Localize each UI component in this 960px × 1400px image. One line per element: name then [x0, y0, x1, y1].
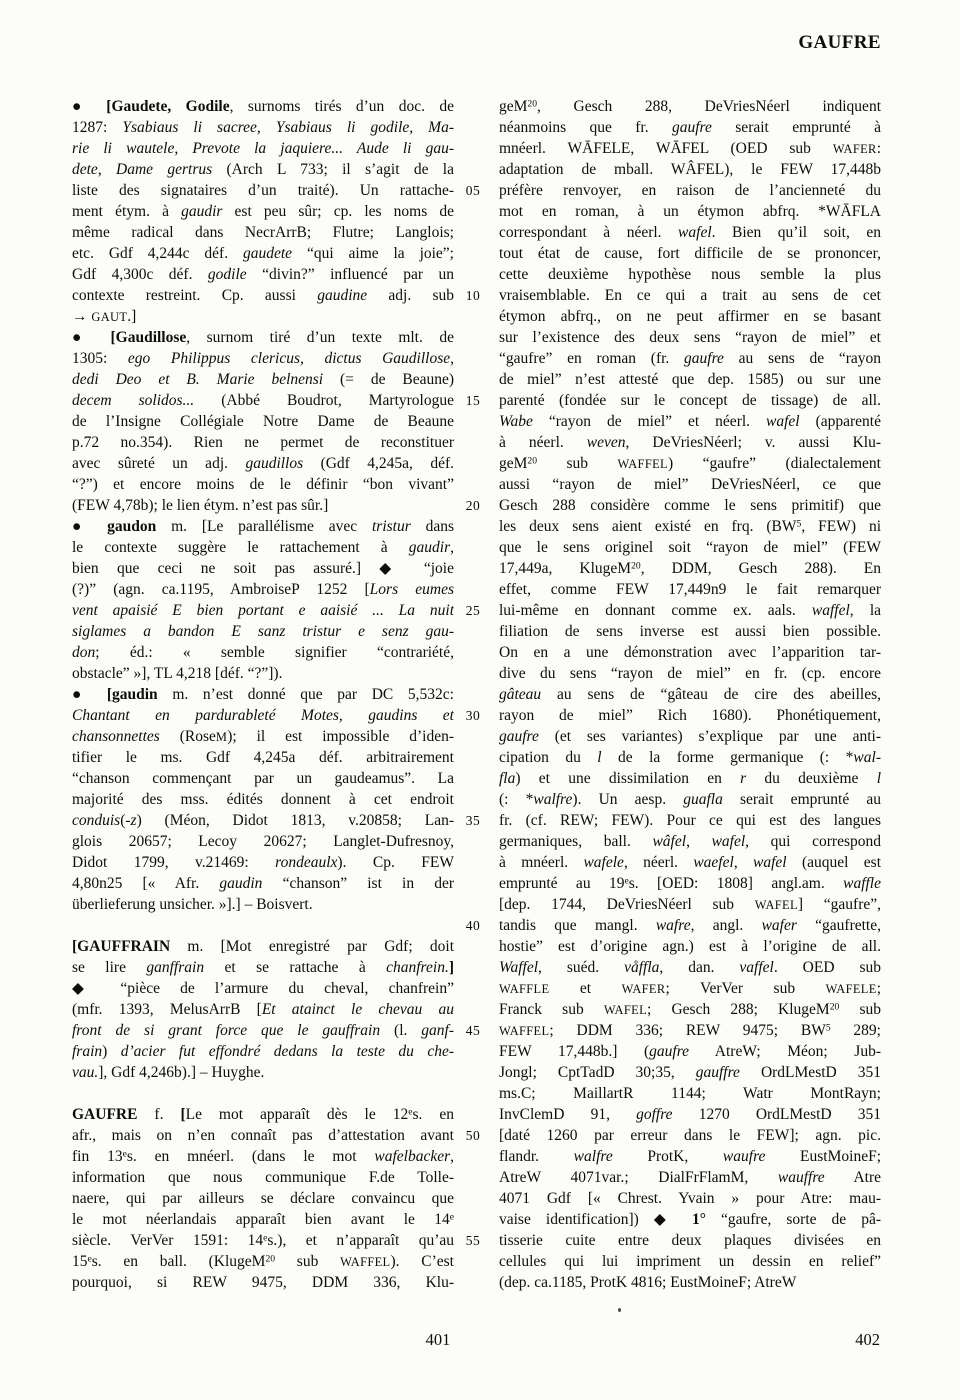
text-line: vaise identification]) ◆ 1° “gaufre, sor… — [499, 1209, 881, 1230]
text-segment: “gaufre” en roman (fr. — [499, 350, 684, 367]
text-segment: [daté 1260 par erreur dans le FEW]; agn.… — [499, 1127, 881, 1144]
text-segment: filiation de sens inverse est aussi bien… — [499, 623, 881, 640]
text-line: 1305: ego Philippus clericus, dictus Gau… — [72, 348, 454, 369]
text-segment: (Arch L 733; il s’agit de la — [212, 161, 454, 178]
text-segment: vraisemblable. En ce qui a trait au sens… — [499, 287, 881, 304]
text-line: tout état de cause, fort difficile de se… — [499, 243, 881, 264]
ink-speck — [618, 1308, 621, 1312]
text-segment: aussi “rayon de miel” DeVriesNéerl, ce q… — [499, 476, 881, 493]
text-line: se lire ganffrain et se rattache à chanf… — [72, 957, 454, 978]
text-line: GAUFRE f. [Le mot apparaît dès le 12es. … — [72, 1104, 454, 1125]
text-segment: goffre — [636, 1106, 672, 1123]
text-line: fla) et une dissimilation en r du deuxiè… — [499, 768, 881, 789]
text-segment: 20 — [527, 99, 537, 110]
text-segment: don — [72, 644, 95, 661]
text-segment: au sens de “gâteau de cire des abeilles, — [541, 686, 881, 703]
text-segment: Le mot apparaît dès le 12 — [186, 1106, 409, 1123]
text-segment: 4071 Gdf [« Chrest. Yvain » pour Atre: m… — [499, 1190, 881, 1207]
text-segment: ● — [72, 518, 107, 535]
text-line: hostie” est d’origine agn.) est à l’orig… — [499, 936, 881, 957]
text-segment: : — [877, 140, 881, 157]
text-segment: du deuxième — [746, 770, 877, 787]
text-segment: l — [877, 770, 881, 787]
text-line: liste des signataires d’un traité). Un r… — [72, 180, 454, 201]
text-segment: wafer — [762, 917, 797, 934]
text-segment: et — [549, 980, 621, 997]
text-segment: serait emprunté au — [723, 791, 881, 808]
text-segment: gaufre — [649, 1043, 689, 1060]
dictionary-page: GAUFRE ● [Gaudete, Godile, surnoms tirés… — [0, 0, 960, 1400]
text-segment: Waffel — [499, 959, 538, 976]
text-line: vent apaisié E bien portant e aaisié ...… — [72, 600, 454, 621]
text-segment: (mfr. 1393, MelusArrB [ — [72, 1001, 262, 1018]
text-segment: f. — [137, 1106, 180, 1123]
text-segment: wafele — [583, 854, 623, 871]
text-segment: correspondant à néerl. — [499, 224, 678, 241]
text-line: mnéerl. WĀFELE, WĀFEL (OED sub WAFER: — [499, 138, 881, 159]
text-line: fr. (cf. REW; FEW). Pour ce qui est des … — [499, 810, 881, 831]
text-segment: à mnéerl. — [499, 854, 583, 871]
text-line: (FEW 4,78b); le lien étym. n’est pas sûr… — [72, 495, 454, 516]
text-segment: WAFFEL — [340, 1255, 390, 1269]
line-number: 30 — [449, 705, 497, 726]
text-segment: gaudillos — [245, 455, 303, 472]
text-segment: germaniques, ball. — [499, 833, 652, 850]
text-segment: ] — [449, 959, 454, 976]
text-segment: fr. (cf. REW; FEW). Pour ce qui est des … — [499, 812, 881, 829]
text-segment: ● — [72, 686, 107, 703]
text-segment: gauffre — [696, 1064, 740, 1081]
text-line: information que nous communique F.de Tol… — [72, 1167, 454, 1188]
text-segment: serait emprunté à — [712, 119, 881, 136]
text-segment: 15 — [72, 1253, 88, 1270]
text-segment: waffle — [843, 875, 881, 892]
text-segment: gaudir — [409, 539, 450, 556]
text-segment: våffla — [624, 959, 659, 976]
text-segment: walfre — [533, 791, 572, 808]
text-segment: , FEW) ni — [801, 518, 881, 535]
text-segment: néanmoins que fr. — [499, 119, 672, 136]
text-segment: tisserie cuite entre deux plaques divisé… — [499, 1232, 881, 1249]
column-right: geM20, Gesch 288, DeVriesNéerl indiquent… — [499, 96, 881, 1293]
text-segment: (Abbé Boudrot, Martyrologue — [194, 392, 454, 409]
text-segment: s. en — [412, 1106, 454, 1123]
text-segment: ◆ “pièce de l’armure du cheval, chanfrei… — [72, 980, 454, 997]
text-segment: .] — [127, 308, 136, 325]
text-segment: “divin?” influencé par un — [247, 266, 454, 283]
text-segment: AtreW 4071var.; DialFrFlamM, — [499, 1169, 778, 1186]
text-segment: ; VerVer sub — [665, 980, 825, 997]
text-segment: , surnoms tirés d’un doc. de — [230, 98, 454, 115]
text-line: siglames a bandon E sanz tristur e senz … — [72, 621, 454, 642]
text-segment: WAFELE — [826, 982, 877, 996]
text-segment: fla — [499, 770, 515, 787]
text-line: [dep. 1744, DeVriesNéerl sub WAFEL] “gau… — [499, 894, 881, 915]
text-line: ● gaudon m. [Le parallélisme avec tristu… — [72, 516, 454, 537]
text-segment: gaudete — [243, 245, 292, 262]
text-segment: GAUFRE — [72, 1106, 137, 1123]
text-segment: WAFEL — [755, 898, 798, 912]
text-segment: rondeaulx — [275, 854, 337, 871]
text-segment: p.72 no.354). Rien ne permet de reconsti… — [72, 434, 454, 451]
text-segment: conduis — [72, 812, 120, 829]
text-segment: rie li wautele, Prevote la jaquiere... A… — [72, 140, 454, 157]
text-line: On en a une démonstration avec l’apparit… — [499, 642, 881, 663]
line-number: 55 — [449, 1230, 497, 1251]
text-segment: wafel — [753, 854, 787, 871]
text-line: afr., mais on n’en connaît pas d’attesta… — [72, 1125, 454, 1146]
text-line: geM20 sub WAFFEL) “gaufre” (dialectaleme… — [499, 453, 881, 474]
text-line: de l’Insigne Collégiale Notre Dame de Be… — [72, 411, 454, 432]
text-segment: gaudine — [317, 287, 367, 304]
text-line: dete, Dame gertrus (Arch L 733; il s’agi… — [72, 159, 454, 180]
text-segment: ) — [102, 1043, 121, 1060]
text-segment: ) (Méon, Didot 1813, v.20858; Lan- — [137, 812, 454, 829]
text-segment: , — [686, 833, 712, 850]
text-segment: , — [734, 854, 753, 871]
text-line: vau.], Gdf 4,246b).] – Huyghe. — [72, 1062, 454, 1083]
text-segment: wafel — [678, 224, 712, 241]
text-segment: 1° — [692, 1211, 706, 1228]
text-line: WAFFEL; DDM 336; REW 9475; BW5 289; — [499, 1020, 881, 1041]
text-line: Jongl; CptTadD 30;35, gauffre OrdLMestD … — [499, 1062, 881, 1083]
text-segment: → — [72, 308, 91, 325]
text-segment: vent apaisié E bien portant e aaisié ...… — [72, 602, 454, 619]
text-segment: , néerl. — [624, 854, 693, 871]
text-segment: sub — [839, 1001, 881, 1018]
text-segment: 17,449a, KlugeM — [499, 560, 631, 577]
text-segment: e — [450, 1212, 454, 1223]
text-segment: ). C’est — [391, 1253, 455, 1270]
text-segment: , suéd. — [538, 959, 624, 976]
text-line: gaufre (et ses variantes) s’explique par… — [499, 726, 881, 747]
text-segment: 4,80n25 [« Afr. — [72, 875, 219, 892]
text-segment: fin 13 — [72, 1148, 123, 1165]
text-line: geM20, Gesch 288, DeVriesNéerl indiquent — [499, 96, 881, 117]
text-line: rie li wautele, Prevote la jaquiere... A… — [72, 138, 454, 159]
text-segment: Et atainct le chevau au — [262, 1001, 454, 1018]
text-line: à néerl. weven, DeVriesNéerl; v. aussi K… — [499, 432, 881, 453]
text-segment: gaudin — [219, 875, 262, 892]
text-line: néanmoins que fr. gaufre serait emprunté… — [499, 117, 881, 138]
blank-line — [72, 915, 454, 936]
text-segment: de l’Insigne Collégiale Notre Dame de Be… — [72, 413, 454, 430]
text-segment: , surnom tiré d’un texte mlt. de — [186, 329, 454, 346]
text-segment: GAUT — [91, 310, 127, 324]
text-line: lui-même en donnant comme ex. aals. waff… — [499, 600, 881, 621]
text-line: majorité des mss. édités donnent à cet e… — [72, 789, 454, 810]
text-line: mot en roman, à un étymon abfrq. *WĀFLA — [499, 201, 881, 222]
text-segment: Lors eumes — [370, 581, 454, 598]
text-segment: d’acier fut effondré dedans la teste du … — [121, 1043, 454, 1060]
text-segment: sub — [275, 1253, 340, 1270]
text-segment: m. n’est donné que par DC 5,532c: — [158, 686, 454, 703]
text-line: (dep. ca.1185, ProtK 4816; EustMoineF; A… — [499, 1272, 881, 1293]
text-line: WAFFLE et WAFER; VerVer sub WAFELE; — [499, 978, 881, 999]
text-segment: wâfel — [652, 833, 686, 850]
text-segment: waffel — [812, 602, 850, 619]
text-segment: Gdf 4,300c déf. — [72, 266, 208, 283]
text-segment: Chantant en pardurableté Motes, gaudins … — [72, 707, 454, 724]
text-line: le mot néerlandais apparaît bien avant l… — [72, 1209, 454, 1230]
text-line: adaptation de mball. WÂFEL), le FEW 17,4… — [499, 159, 881, 180]
text-line: Didot 1799, v.21469: rondeaulx). Cp. FEW — [72, 852, 454, 873]
text-segment: wal- — [853, 749, 881, 766]
text-segment: s. [OED: 1808] angl.am. — [629, 875, 843, 892]
line-number: 35 — [449, 810, 497, 831]
text-segment: front de si grant force que le gauffrain — [72, 1022, 380, 1039]
text-segment: ms.C; MaillartR 1144; Watr MontRayn; — [499, 1085, 881, 1102]
text-segment: mnéerl. WĀFELE, WĀFEL (OED sub — [499, 140, 833, 157]
text-line: à mnéerl. wafele, néerl. waefel, wafel (… — [499, 852, 881, 873]
text-segment: “gaufrette, — [797, 917, 881, 934]
text-segment: gaudir — [181, 203, 222, 220]
text-segment: ); il est impossible d’iden- — [227, 728, 454, 745]
column-left: ● [Gaudete, Godile, surnoms tirés d’un d… — [72, 96, 454, 1293]
text-segment: cipation du — [499, 749, 597, 766]
text-segment: , Gesch 288, DeVriesNéerl indiquent — [537, 98, 881, 115]
text-line: überlieferung unsicher. »].] – Boisvert. — [72, 894, 454, 915]
text-segment: [Gaudillose — [110, 329, 186, 346]
text-segment: überlieferung unsicher. »].] – Boisvert. — [72, 896, 313, 913]
text-line: (mfr. 1393, MelusArrB [Et atainct le che… — [72, 999, 454, 1020]
text-segment: au sens de “rayon — [724, 350, 881, 367]
text-line: ● [Gaudete, Godile, surnoms tirés d’un d… — [72, 96, 454, 117]
text-segment: vaise identification]) ◆ — [499, 1211, 692, 1228]
text-segment: M — [216, 730, 227, 744]
text-segment: chanfrein. — [386, 959, 449, 976]
text-segment: tout état de cause, fort difficile de se… — [499, 245, 881, 262]
text-segment: , — [450, 1148, 454, 1165]
text-segment: ). Un aesp. — [572, 791, 683, 808]
text-line: le contexte suggère le rattachement à ga… — [72, 537, 454, 558]
text-segment: le contexte suggère le rattachement à — [72, 539, 409, 556]
page-number-right: 402 — [834, 1330, 880, 1350]
text-segment: “qui aime la joie”; — [292, 245, 454, 262]
text-segment: , DDM, Gesch 288). En — [641, 560, 881, 577]
text-line: tifier le ms. Gdf 4,245a déf. arbitraire… — [72, 747, 454, 768]
text-line: conduis(-z) (Méon, Didot 1813, v.20858; … — [72, 810, 454, 831]
text-segment: (?)” (agn. ca.1195, AmbroiseP 1252 [ — [72, 581, 370, 598]
text-segment: hostie” est d’origine agn.) est à l’orig… — [499, 938, 881, 955]
page-number-left: 401 — [413, 1330, 463, 1350]
text-segment: parenté (fondée sur le concept de tissag… — [499, 392, 881, 409]
text-line: “?”) et encore moins de le définir “bon … — [72, 474, 454, 495]
text-segment: et se rattache à — [204, 959, 386, 976]
text-line: fin 13es. en mnéerl. (dans le mot wafelb… — [72, 1146, 454, 1167]
text-line: flandr. walfre ProtK, waufre EustMoineF; — [499, 1146, 881, 1167]
text-segment: gaufre — [684, 350, 724, 367]
text-line: contexte restreint. Cp. aussi gaudine ad… — [72, 285, 454, 306]
text-segment: est peu sûr; cp. les noms de — [222, 203, 454, 220]
text-line: Franck sub WAFEL; Gesch 288; KlugeM20 su… — [499, 999, 881, 1020]
text-segment: ] “gaufre”, — [798, 896, 881, 913]
text-line: 1287: Ysabiaus li sacree, Ysabiaus li go… — [72, 117, 454, 138]
text-line: glois 20657; Lecoy 20627; Langlet-Dufres… — [72, 831, 454, 852]
text-line: filiation de sens inverse est aussi bien… — [499, 621, 881, 642]
text-segment: ; — [877, 980, 881, 997]
text-line: correspondant à néerl. wafel. Bien qu’il… — [499, 222, 881, 243]
text-segment: (= de Beaune) — [323, 371, 454, 388]
text-segment: 1305: — [72, 350, 128, 367]
line-number: 10 — [449, 285, 497, 306]
text-segment: majorité des mss. édités donnent à cet e… — [72, 791, 454, 808]
text-segment: gaufre — [499, 728, 539, 745]
text-segment: s. en mnéerl. (dans le mot — [127, 1148, 375, 1165]
text-line: dive du sens “rayon de miel” en fr. (cp.… — [499, 663, 881, 684]
text-segment: s. en ball. (KlugeM — [92, 1253, 266, 1270]
text-segment: WAFER — [622, 982, 666, 996]
text-segment: (apparenté — [800, 413, 881, 430]
text-segment: se lire — [72, 959, 146, 976]
text-segment: decem solidos... — [72, 392, 194, 409]
text-segment: WAFER — [833, 142, 877, 156]
text-segment: ], Gdf 4,246b).] – Huyghe. — [98, 1064, 264, 1081]
text-line: InvClemD 91, goffre 1270 OrdLMestD 351 — [499, 1104, 881, 1125]
text-segment: m. [Le parallélisme avec — [156, 518, 372, 535]
text-line: ● [gaudin m. n’est donné que par DC 5,53… — [72, 684, 454, 705]
text-segment: 1287: — [72, 119, 122, 136]
text-segment: OrdLMestD 351 — [740, 1064, 881, 1081]
text-line: préfère renvoyer, en raison de l’ancienn… — [499, 180, 881, 201]
text-segment: cette deuxième hypothèse nous semble la … — [499, 266, 881, 283]
text-segment: Gesch 288 considère comme le sens primit… — [499, 497, 881, 514]
text-segment: information que nous communique F.de Tol… — [72, 1169, 454, 1186]
text-line: germaniques, ball. wâfel, wafel, qui cor… — [499, 831, 881, 852]
text-line: dedi Deo et B. Marie belnensi (= de Beau… — [72, 369, 454, 390]
text-segment: sub — [537, 455, 618, 472]
text-segment: wafre — [656, 917, 691, 934]
text-line: ment étym. à gaudir est peu sûr; cp. les… — [72, 201, 454, 222]
text-segment: [Gaudete, Godile — [106, 98, 229, 115]
text-segment: (l. — [380, 1022, 421, 1039]
text-segment: frain — [72, 1043, 102, 1060]
text-line: decem solidos... (Abbé Boudrot, Martyrol… — [72, 390, 454, 411]
text-line: Gdf 4,300c déf. godile “divin?” influenc… — [72, 264, 454, 285]
text-segment: ProtK, — [613, 1148, 723, 1165]
text-segment: Ysabiaus li sacree, Ysabiaus li godile, … — [122, 119, 454, 136]
text-segment: siècle. VerVer 1591: 14 — [72, 1232, 263, 1249]
text-segment: Atre — [825, 1169, 881, 1186]
text-segment: FEW 17,448b.] ( — [499, 1043, 649, 1060]
text-line: 4,80n25 [« Afr. gaudin “chanson” ist in … — [72, 873, 454, 894]
text-segment: dans — [411, 518, 454, 535]
text-line: tandis que mangl. wafre, angl. wafer “ga… — [499, 915, 881, 936]
text-segment: 20 — [527, 456, 537, 467]
text-segment: [dep. 1744, DeVriesNéerl sub — [499, 896, 755, 913]
text-segment: geM — [499, 455, 527, 472]
text-line: cellules qui lui impriment un dessin en … — [499, 1251, 881, 1272]
text-line: bien que ceci ne soit pas assuré.] ◆ “jo… — [72, 558, 454, 579]
text-segment: afr., mais on n’en connaît pas d’attesta… — [72, 1127, 454, 1144]
text-segment: ego Philippus clericus, dictus Gaudillos… — [128, 350, 454, 367]
text-segment: WAFFEL — [499, 1024, 549, 1038]
text-segment: adaptation de mball. WÂFEL), le FEW 17,4… — [499, 161, 881, 178]
text-segment: . OED sub — [774, 959, 881, 976]
text-segment: gâteau — [499, 686, 541, 703]
text-line: → GAUT.] — [72, 306, 454, 327]
text-line: FEW 17,448b.] (gaufre AtreW; Méon; Jub- — [499, 1041, 881, 1062]
text-segment: wafel — [712, 833, 746, 850]
text-line: don; éd.: « semble signifier “contrariét… — [72, 642, 454, 663]
text-line: Waffel, suéd. våffla, dan. vaffel. OED s… — [499, 957, 881, 978]
text-segment: ganffrain — [146, 959, 204, 976]
text-line: AtreW 4071var.; DialFrFlamM, wauffre Atr… — [499, 1167, 881, 1188]
text-line: cipation du l de la forme germanique (: … — [499, 747, 881, 768]
text-segment: , dan. — [659, 959, 739, 976]
text-line: (?)” (agn. ca.1195, AmbroiseP 1252 [Lors… — [72, 579, 454, 600]
text-segment: liste des signataires d’un traité). Un r… — [72, 182, 454, 199]
text-line: avec sûreté un adj. gaudillos (Gdf 4,245… — [72, 453, 454, 474]
text-segment: Wabe — [499, 413, 533, 430]
text-line: 17,449a, KlugeM20, DDM, Gesch 288). En — [499, 558, 881, 579]
text-segment: (et ses variantes) s’explique par une an… — [539, 728, 881, 745]
text-segment: bien que ceci ne soit pas assuré.] ◆ “jo… — [72, 560, 454, 577]
text-line: ms.C; MaillartR 1144; Watr MontRayn; — [499, 1083, 881, 1104]
text-line: vraisemblable. En ce qui a trait au sens… — [499, 285, 881, 306]
text-segment: (Rose — [160, 728, 216, 745]
text-segment: gaufre — [672, 119, 712, 136]
text-segment: ● — [72, 329, 110, 346]
text-segment: 20 — [631, 561, 641, 572]
text-segment: contexte restreint. Cp. aussi — [72, 287, 317, 304]
text-line: obstacle” »], TL 4,218 [déf. “?”]). — [72, 663, 454, 684]
text-segment: , — [450, 539, 454, 556]
text-segment: vaffel — [739, 959, 773, 976]
text-segment: (dep. ca.1185, ProtK 4816; EustMoineF; A… — [499, 1274, 796, 1291]
text-line: emprunté au 19es. [OED: 1808] angl.am. w… — [499, 873, 881, 894]
text-segment: guafla — [683, 791, 723, 808]
text-line: de miel” n’est attesté que dep. 1585) ou… — [499, 369, 881, 390]
text-segment: tandis que mangl. — [499, 917, 656, 934]
text-line: tisserie cuite entre deux plaques divisé… — [499, 1230, 881, 1251]
text-line: parenté (fondée sur le concept de tissag… — [499, 390, 881, 411]
text-line: rayon de miel” Rich 1680). Phonétiquemen… — [499, 705, 881, 726]
text-segment: wauffre — [778, 1169, 825, 1186]
text-line: Wabe “rayon de miel” et néerl. wafel (ap… — [499, 411, 881, 432]
text-line: siècle. VerVer 1591: 14es.), et n’appara… — [72, 1230, 454, 1251]
text-segment: ) “gaufre” (dialectalement — [668, 455, 881, 472]
text-segment: waefel — [693, 854, 733, 871]
text-segment: [GAUFFRAIN — [72, 938, 170, 955]
text-line: [GAUFFRAIN m. [Mot enregistré par Gdf; d… — [72, 936, 454, 957]
text-line: naere, qui par ailleurs se déclare conva… — [72, 1188, 454, 1209]
text-segment: préfère renvoyer, en raison de l’ancienn… — [499, 182, 881, 199]
text-segment: tristur — [372, 518, 411, 535]
text-segment: étymon abfrq., on ne peut affirmer en se… — [499, 308, 881, 325]
text-line: 4071 Gdf [« Chrest. Yvain » pour Atre: m… — [499, 1188, 881, 1209]
text-segment: “rayon de miel” et néerl. — [533, 413, 766, 430]
text-line: “chanson commençant par un gaudeamus”. L… — [72, 768, 454, 789]
text-line: que le sens originel soit “rayon de miel… — [499, 537, 881, 558]
line-number: 50 — [449, 1125, 497, 1146]
text-segment: wafelbacker — [374, 1148, 450, 1165]
text-segment: m. [Mot enregistré par Gdf; doit — [170, 938, 454, 955]
text-segment: effet, comme FEW 17,449n9 le fait remarq… — [499, 581, 881, 598]
text-line: ● [Gaudillose, surnom tiré d’un texte ml… — [72, 327, 454, 348]
text-segment: (auquel est — [787, 854, 881, 871]
text-segment: 20 — [265, 1254, 275, 1265]
text-segment: (: * — [499, 791, 533, 808]
text-line: front de si grant force que le gauffrain… — [72, 1020, 454, 1041]
text-segment: 1270 OrdLMestD 351 — [673, 1106, 881, 1123]
text-line: 15es. en ball. (KlugeM20 sub WAFFEL). C’… — [72, 1251, 454, 1272]
text-segment: WAFFEL — [618, 457, 668, 471]
text-line: Gesch 288 considère comme le sens primit… — [499, 495, 881, 516]
text-segment: à néerl. — [499, 434, 587, 451]
text-segment: InvClemD 91, — [499, 1106, 636, 1123]
text-segment: , la — [850, 602, 881, 619]
